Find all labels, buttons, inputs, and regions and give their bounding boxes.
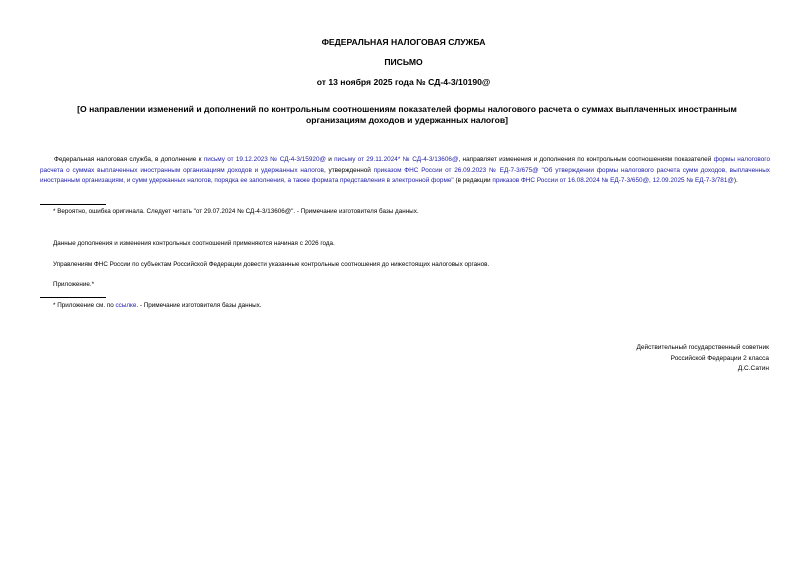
text: (в редакции <box>454 177 493 184</box>
document-subject: [О направлении изменений и дополнений по… <box>62 104 752 126</box>
text: , направляет изменения и дополнения по к… <box>458 156 713 163</box>
document-date-number: от 13 ноября 2025 года № СД-4-3/10190@ <box>0 77 807 87</box>
signature-rank: Российской Федерации 2 класса <box>636 354 769 365</box>
signature-block: Действительный государственный советник … <box>636 343 769 375</box>
paragraph-instructions: Управлениям ФНС России по субъектам Росс… <box>53 260 489 269</box>
link-appendix[interactable]: ссылке <box>116 302 137 309</box>
text: ). <box>734 177 738 184</box>
paragraph-appendix: Приложение.* <box>53 280 94 289</box>
footnote-1: * Вероятно, ошибка оригинала. Следует чи… <box>53 207 419 216</box>
text: Федеральная налоговая служба, в дополнен… <box>54 156 204 163</box>
main-paragraph: Федеральная налоговая служба, в дополнен… <box>40 155 770 187</box>
link-letter-2024[interactable]: письму от 29.11.2024* № СД-4-3/13606@ <box>334 156 458 163</box>
link-letter-2023[interactable]: письму от 19.12.2023 № СД-4-3/15920@ <box>204 156 326 163</box>
footnote-divider <box>40 204 106 205</box>
agency-title: ФЕДЕРАЛЬНАЯ НАЛОГОВАЯ СЛУЖБА <box>0 37 807 47</box>
text: , утвержденной <box>324 167 374 174</box>
document-type: ПИСЬМО <box>0 57 807 67</box>
link-orders-amendments[interactable]: приказов ФНС России от 16.08.2024 № ЕД-7… <box>492 177 734 184</box>
text: и <box>326 156 334 163</box>
paragraph-effective-date: Данные дополнения и изменения контрольны… <box>53 239 335 248</box>
signature-name: Д.С.Сатин <box>636 364 769 375</box>
footnote-divider <box>40 297 106 298</box>
signature-title: Действительный государственный советник <box>636 343 769 354</box>
text: . - Примечание изготовителя базы данных. <box>136 302 261 309</box>
footnote-2: * Приложение см. по ссылке. - Примечание… <box>53 301 262 310</box>
text: * Приложение см. по <box>53 302 116 309</box>
